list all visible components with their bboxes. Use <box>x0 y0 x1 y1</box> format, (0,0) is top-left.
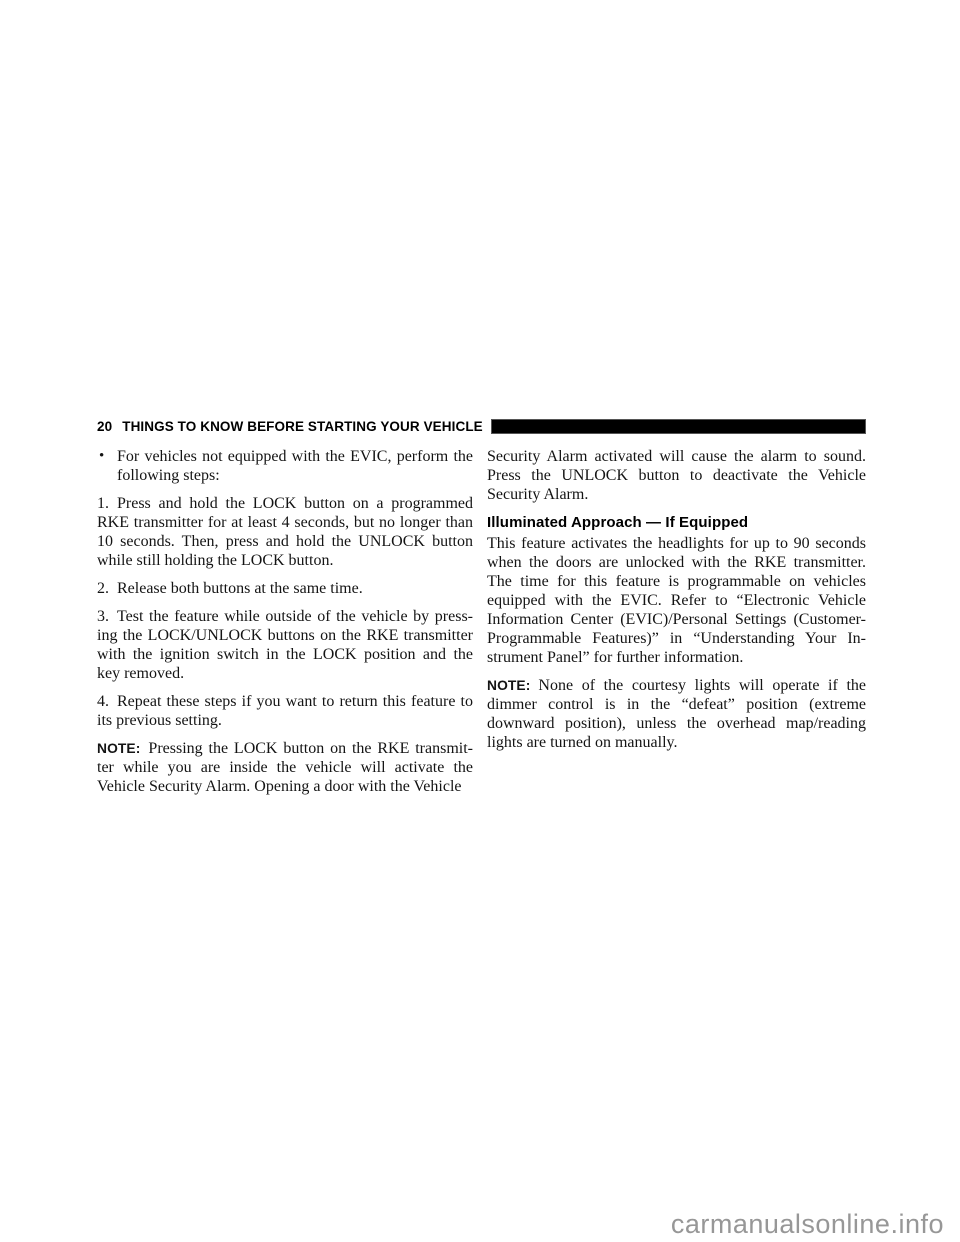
page-content: 20 THINGS TO KNOW BEFORE STARTING YOUR V… <box>97 419 866 796</box>
left-column: • For vehicles not equipped with the EVI… <box>97 447 473 796</box>
header-rule-bar <box>491 419 866 434</box>
header-title: THINGS TO KNOW BEFORE STARTING YOUR VEHI… <box>122 419 483 434</box>
page-number: 20 <box>97 419 112 434</box>
continuation-paragraph: Security Alarm activated will cause the … <box>487 447 866 504</box>
note-label: NOTE: <box>487 678 530 693</box>
manual-page: 20 THINGS TO KNOW BEFORE STARTING YOUR V… <box>0 0 960 1242</box>
illuminated-approach-body: This feature activates the headlights fo… <box>487 534 866 667</box>
step-3-paragraph: 3. Test the feature while outside of the… <box>97 607 473 683</box>
step-4-paragraph: 4. Repeat these steps if you want to ret… <box>97 692 473 730</box>
right-column: Security Alarm activated will cause the … <box>487 447 866 796</box>
step-1-paragraph: 1. Press and hold the LOCK button on a p… <box>97 494 473 570</box>
bullet-list-item: • For vehicles not equipped with the EVI… <box>97 447 473 485</box>
text-columns: • For vehicles not equipped with the EVI… <box>97 447 866 796</box>
note-paragraph-left: NOTE: Pressing the LOCK button on the RK… <box>97 739 473 796</box>
note-label: NOTE: <box>97 741 140 756</box>
watermark: carmanualsonline.info <box>671 1209 944 1240</box>
note-paragraph-right: NOTE: None of the courtesy lights will o… <box>487 676 866 752</box>
step-2-paragraph: 2. Release both buttons at the same time… <box>97 579 473 598</box>
bullet-icon: • <box>99 447 104 466</box>
bullet-item-text: For vehicles not equipped with the EVIC,… <box>117 447 473 485</box>
section-heading-illuminated-approach: Illuminated Approach — If Equipped <box>487 513 866 533</box>
running-header: 20 THINGS TO KNOW BEFORE STARTING YOUR V… <box>97 419 866 434</box>
